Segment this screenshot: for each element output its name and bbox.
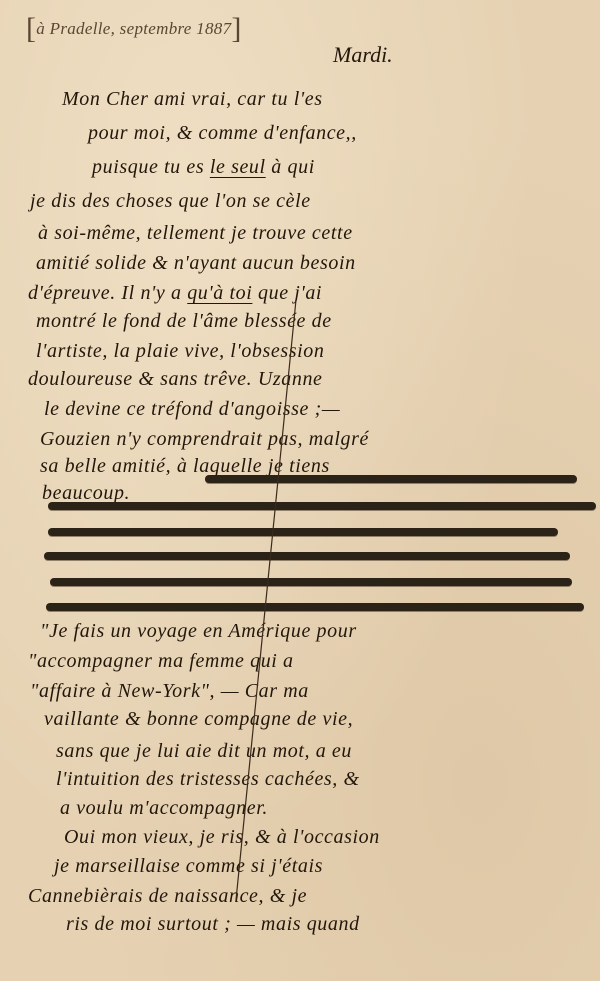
letter-line: je dis des choses que l'on se cèle (30, 190, 311, 213)
letter-line: a voulu m'accompagner. (60, 797, 268, 820)
line-prefix: puisque tu es (92, 156, 210, 178)
struck-out-line (48, 502, 596, 510)
letter-line: "Je fais un voyage en Amérique pour (40, 620, 357, 643)
archival-note-text: à Pradelle, septembre 1887 (36, 19, 231, 38)
letter-line: Gouzien n'y comprendrait pas, malgré (40, 428, 369, 451)
letter-line: l'intuition des tristesses cachées, & (56, 768, 360, 791)
letter-line: puisque tu es le seul à qui (92, 156, 315, 179)
struck-out-line (50, 578, 572, 586)
letter-line: douloureuse & sans trêve. Uzanne (28, 368, 323, 391)
struck-out-line (205, 475, 577, 483)
letter-line: je marseillaise comme si j'étais (54, 855, 323, 878)
day-heading: Mardi. (333, 42, 393, 68)
letter-line: "affaire à New-York", — Car ma (30, 680, 309, 703)
bracket-close: ] (231, 12, 241, 45)
letter-page: [à Pradelle, septembre 1887] Mardi. Mon … (0, 0, 600, 981)
letter-line: à soi-même, tellement je trouve cette (38, 222, 353, 245)
letter-line: l'artiste, la plaie vive, l'obsession (36, 340, 325, 363)
letter-line: Cannebièrais de naissance, & je (28, 885, 307, 908)
underlined-phrase: qu'à toi (187, 282, 252, 304)
line-suffix: que j'ai (252, 282, 322, 304)
archival-note: [à Pradelle, septembre 1887] (26, 8, 242, 42)
letter-line: Mon Cher ami vrai, car tu l'es (62, 88, 323, 111)
letter-line: sans que je lui aie dit un mot, a eu (56, 740, 352, 763)
underlined-phrase: le seul (210, 156, 266, 178)
letter-line: vaillante & bonne compagne de vie, (44, 708, 353, 731)
struck-out-line (48, 528, 558, 536)
letter-line: le devine ce tréfond d'angoisse ;— (44, 398, 340, 421)
letter-line: Oui mon vieux, je ris, & à l'occasion (64, 826, 380, 849)
bracket-open: [ (26, 12, 36, 45)
letter-line: amitié solide & n'ayant aucun besoin (36, 252, 356, 275)
line-prefix: d'épreuve. Il n'y a (28, 282, 187, 304)
letter-line: ris de moi surtout ; — mais quand (66, 913, 360, 936)
struck-out-line (46, 603, 584, 611)
letter-line: "accompagner ma femme qui a (28, 650, 294, 673)
letter-line: montré le fond de l'âme blessée de (36, 310, 332, 333)
letter-line: d'épreuve. Il n'y a qu'à toi que j'ai (28, 282, 322, 305)
struck-out-line (44, 552, 570, 560)
line-suffix: à qui (266, 156, 315, 178)
letter-line: pour moi, & comme d'enfance,, (88, 122, 357, 145)
